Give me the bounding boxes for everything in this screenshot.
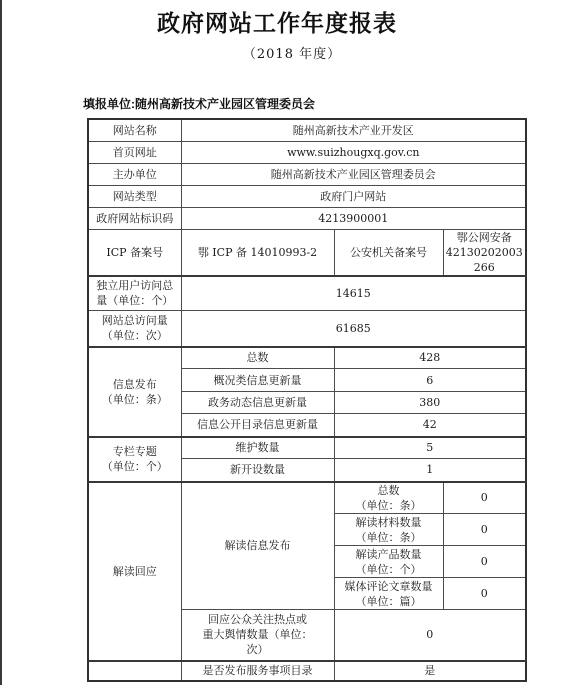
site-type-label: 网站类型 [88, 185, 181, 207]
site-name-value: 随州高新技术产业开发区 [181, 119, 526, 141]
police-filing-label: 公安机关备案号 [334, 229, 443, 276]
info-publish-row-value: 42 [334, 414, 526, 437]
icp-label: ICP 备案号 [88, 229, 181, 276]
organizer-label: 主办单位 [88, 163, 181, 185]
report-title: 政府网站工作年度报表 [0, 5, 554, 38]
site-code-label: 政府网站标识码 [88, 207, 181, 229]
columns-topics-row-value: 1 [334, 459, 526, 482]
columns-topics-section-label: 专栏专题 （单位：个） [88, 437, 181, 482]
interpretation-row-value: 0 [443, 578, 526, 610]
columns-topics-row-label: 维护数量 [181, 437, 334, 459]
unique-visitors-label: 独立用户访问总 量（单位：个） [88, 276, 181, 311]
police-filing-value: 鄂公网安备 42130202003 266 [443, 229, 526, 276]
service-directory-value: 是 [334, 661, 526, 681]
interpretation-publish-label: 解读信息发布 [181, 482, 334, 610]
unique-visitors-value: 14615 [181, 276, 526, 311]
organizer-value: 随州高新技术产业园区管理委员会 [181, 163, 526, 185]
interpretation-row-label: 总数 （单位：条） [334, 482, 443, 514]
site-type-value: 政府门户网站 [181, 185, 526, 207]
report-table: 网站名称 随州高新技术产业开发区 首页网址 www.suizhougxq.gov… [87, 118, 527, 682]
interpretation-row-label: 解读产品数量 （单位：个） [334, 546, 443, 578]
interpretation-row-value: 0 [443, 546, 526, 578]
info-publish-row-value: 6 [334, 369, 526, 392]
site-name-label: 网站名称 [88, 119, 181, 141]
homepage-url-value: www.suizhougxq.gov.cn [181, 141, 526, 163]
interpretation-section-label: 解读回应 [88, 482, 181, 661]
interpretation-row-value: 0 [443, 482, 526, 514]
total-visits-label: 网站总访问量 （单位：次） [88, 311, 181, 347]
page-edge-line [0, 0, 2, 685]
info-publish-row-value: 428 [334, 347, 526, 369]
interpretation-row-label: 解读材料数量 （单位：条） [334, 514, 443, 546]
site-code-value: 4213900001 [181, 207, 526, 229]
info-publish-row-value: 380 [334, 392, 526, 414]
interpretation-row-value: 0 [443, 514, 526, 546]
hot-response-label: 回应公众关注热点或 重大舆情数量（单位： 次） [181, 610, 334, 661]
empty-cell [88, 661, 181, 681]
report-subtitle: （2018 年度） [0, 43, 571, 62]
info-publish-row-label: 信息公开目录信息更新量 [181, 414, 334, 437]
total-visits-value: 61685 [181, 311, 526, 347]
info-publish-row-label: 概况类信息更新量 [181, 369, 334, 392]
homepage-url-label: 首页网址 [88, 141, 181, 163]
columns-topics-row-label: 新开设数量 [181, 459, 334, 482]
info-publish-section-label: 信息发布 （单位：条） [88, 347, 181, 437]
columns-topics-row-value: 5 [334, 437, 526, 459]
report-page: 政府网站工作年度报表 （2018 年度） 填报单位:随州高新技术产业园区管理委员… [0, 0, 571, 685]
hot-response-value: 0 [334, 610, 526, 661]
interpretation-row-label: 媒体评论文章数量 （单位：篇） [334, 578, 443, 610]
info-publish-row-label: 总数 [181, 347, 334, 369]
icp-value: 鄂 ICP 备 14010993-2 [181, 229, 334, 276]
reporting-unit: 填报单位:随州高新技术产业园区管理委员会 [83, 95, 315, 112]
info-publish-row-label: 政务动态信息更新量 [181, 392, 334, 414]
service-directory-label: 是否发布服务事项目录 [181, 661, 334, 681]
